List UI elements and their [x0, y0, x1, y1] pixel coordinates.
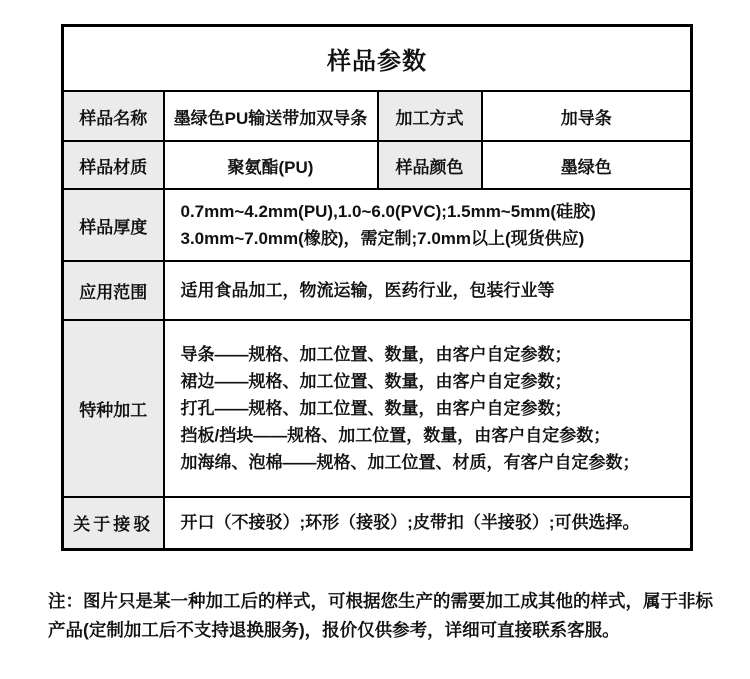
- row-label-sample-thickness: 样品厚度: [63, 189, 164, 261]
- row-label-process-method: 加工方式: [378, 91, 482, 141]
- row-value-about-splicing: 开口（不接驳）;环形（接驳）;皮带扣（半接驳）;可供选择。: [164, 497, 692, 549]
- row-label-sample-name: 样品名称: [63, 91, 164, 141]
- row-value-sample-material: 聚氨酯(PU): [164, 141, 378, 189]
- row-label-application-scope: 应用范围: [63, 261, 164, 320]
- row-label-sample-material: 样品材质: [63, 141, 164, 189]
- row-value-special-processing: 导条——规格、加工位置、数量，由客户自定参数； 裙边——规格、加工位置、数量，由…: [164, 320, 692, 497]
- page: 样品参数 样品名称 墨绿色PU输送带加双导条 加工方式 加导条 样品材质 聚氨酯…: [0, 0, 750, 679]
- special-processing-line: 打孔——规格、加工位置、数量，由客户自定参数；: [181, 395, 675, 422]
- row-value-sample-color: 墨绿色: [482, 141, 692, 189]
- row-label-sample-color: 样品颜色: [378, 141, 482, 189]
- footnote-line: 注：图片只是某一种加工后的样式，可根据您生产的需要加工成其他的样式，属于非标: [48, 587, 718, 616]
- row-value-sample-thickness: 0.7mm~4.2mm(PU),1.0~6.0(PVC);1.5mm~5mm(硅…: [164, 189, 692, 261]
- splicing-line: 开口（不接驳）;环形（接驳）;皮带扣（半接驳）;可供选择。: [181, 509, 675, 536]
- special-processing-line: 裙边——规格、加工位置、数量，由客户自定参数；: [181, 368, 675, 395]
- special-processing-line: 挡板/挡块——规格、加工位置，数量，由客户自定参数；: [181, 422, 675, 449]
- row-label-special-processing: 特种加工: [63, 320, 164, 497]
- special-processing-line: 加海绵、泡棉——规格、加工位置、材质，有客户自定参数；: [181, 449, 675, 476]
- footnote: 注：图片只是某一种加工后的样式，可根据您生产的需要加工成其他的样式，属于非标 产…: [48, 587, 718, 645]
- title-row: 样品参数: [63, 26, 692, 92]
- row-value-sample-name: 墨绿色PU输送带加双导条: [164, 91, 378, 141]
- row-value-application-scope: 适用食品加工，物流运输，医药行业，包装行业等: [164, 261, 692, 320]
- thickness-line: 3.0mm~7.0mm(橡胶)，需定制;7.0mm以上(现货供应): [181, 225, 675, 252]
- table-row: 样品名称 墨绿色PU输送带加双导条 加工方式 加导条: [63, 91, 692, 141]
- spec-table: 样品参数 样品名称 墨绿色PU输送带加双导条 加工方式 加导条 样品材质 聚氨酯…: [61, 24, 693, 551]
- special-processing-line: 导条——规格、加工位置、数量，由客户自定参数；: [181, 341, 675, 368]
- row-value-process-method: 加导条: [482, 91, 692, 141]
- row-label-about-splicing: 关于接驳: [63, 497, 164, 549]
- application-line: 适用食品加工，物流运输，医药行业，包装行业等: [181, 277, 675, 304]
- footnote-line: 产品(定制加工后不支持退换服务)，报价仅供参考，详细可直接联系客服。: [48, 616, 718, 645]
- table-row: 样品厚度 0.7mm~4.2mm(PU),1.0~6.0(PVC);1.5mm~…: [63, 189, 692, 261]
- table-title: 样品参数: [327, 48, 427, 75]
- table-row: 特种加工 导条——规格、加工位置、数量，由客户自定参数； 裙边——规格、加工位置…: [63, 320, 692, 497]
- table-row: 应用范围 适用食品加工，物流运输，医药行业，包装行业等: [63, 261, 692, 320]
- table-row: 样品材质 聚氨酯(PU) 样品颜色 墨绿色: [63, 141, 692, 189]
- thickness-line: 0.7mm~4.2mm(PU),1.0~6.0(PVC);1.5mm~5mm(硅…: [181, 198, 675, 225]
- table-row: 关于接驳 开口（不接驳）;环形（接驳）;皮带扣（半接驳）;可供选择。: [63, 497, 692, 549]
